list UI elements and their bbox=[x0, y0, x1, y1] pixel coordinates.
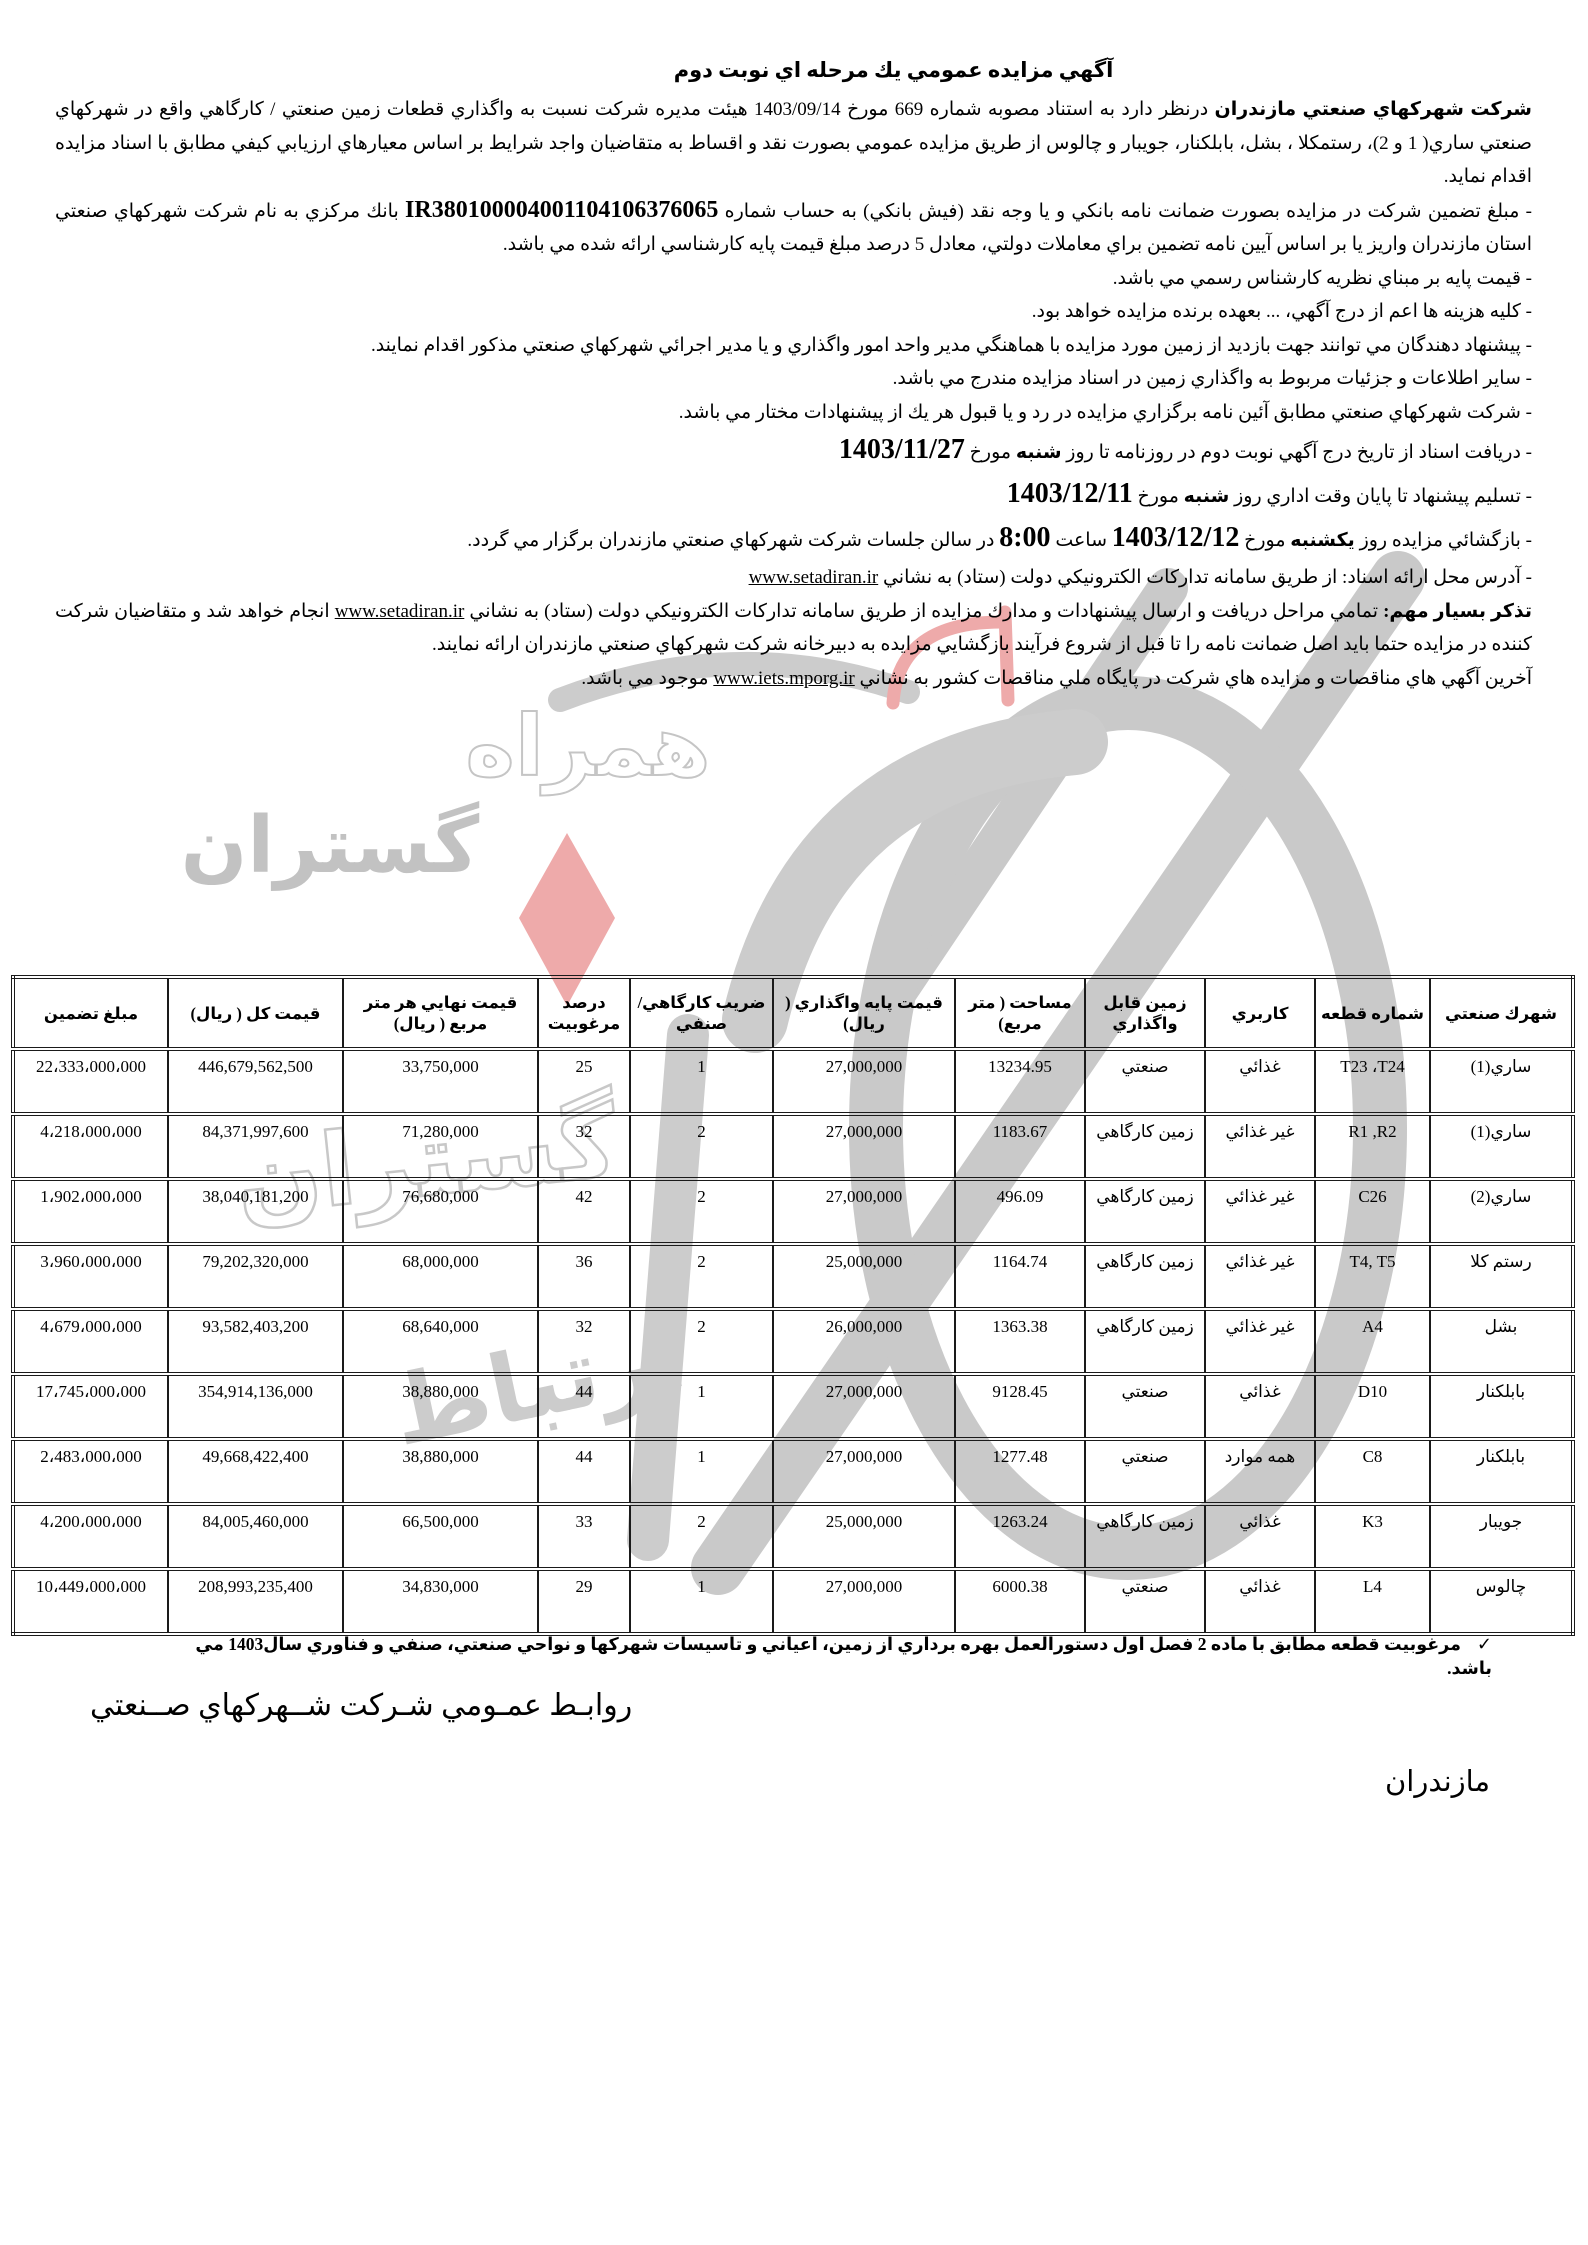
table-cell: 66,500,000 bbox=[343, 1504, 538, 1569]
table-cell: L4 bbox=[1315, 1569, 1430, 1634]
table-cell: صنعتي bbox=[1085, 1569, 1205, 1634]
docs-deadline-day: شنبه bbox=[1016, 442, 1062, 463]
table-cell: 208,993,235,400 bbox=[168, 1569, 343, 1634]
table-cell: 2 bbox=[630, 1114, 773, 1179]
table-header-row: شهرك صنعتيشماره قطعهكاربريزمين قابل واگذ… bbox=[13, 977, 1573, 1049]
column-header: درصد مرغوبيت bbox=[538, 977, 630, 1049]
table-cell: بابلكنار bbox=[1430, 1374, 1573, 1439]
signature-region: مازندران bbox=[1385, 1764, 1490, 1799]
column-header: شهرك صنعتي bbox=[1430, 977, 1573, 1049]
table-cell: 27,000,000 bbox=[773, 1114, 955, 1179]
table-cell: 38,880,000 bbox=[343, 1439, 538, 1504]
bullet-other-info: - ساير اطلاعات و جزئيات مربوط به واگذاري… bbox=[55, 362, 1532, 396]
bullet-site-visit: - پيشنهاد دهندگان مي توانند جهت بازديد ا… bbox=[55, 329, 1532, 363]
table-cell: D10 bbox=[1315, 1374, 1430, 1439]
table-cell: غذائي bbox=[1205, 1504, 1315, 1569]
table-cell: 2 bbox=[630, 1309, 773, 1374]
table-cell: 1 bbox=[630, 1439, 773, 1504]
table-cell: C8 bbox=[1315, 1439, 1430, 1504]
table-cell: 44 bbox=[538, 1439, 630, 1504]
bullet-costs: - كليه هزينه ها اعم از درج آگهي، ... بعه… bbox=[55, 295, 1532, 329]
table-cell: 33,750,000 bbox=[343, 1049, 538, 1114]
table-cell: همه موارد bbox=[1205, 1439, 1315, 1504]
table-cell: چالوس bbox=[1430, 1569, 1573, 1634]
watermark-word-gostaran: گستران bbox=[181, 801, 480, 891]
table-cell: 6000.38 bbox=[955, 1569, 1085, 1634]
table-cell: زمين كارگاهي bbox=[1085, 1504, 1205, 1569]
table-cell: غير غذائي bbox=[1205, 1244, 1315, 1309]
company-name: شركت شهركهاي صنعتي مازندران bbox=[1208, 99, 1532, 120]
table-cell: 33 bbox=[538, 1504, 630, 1569]
auction-notice-page: { "page": { "title": "آگهي مزايده عمومي … bbox=[0, 0, 1588, 2245]
table-cell: غير غذائي bbox=[1205, 1309, 1315, 1374]
column-header: كاربري bbox=[1205, 977, 1315, 1049]
table-cell: 79,202,320,000 bbox=[168, 1244, 343, 1309]
table-cell: رستم كلا bbox=[1430, 1244, 1573, 1309]
page-title: آگهي مزايده عمومي يك مرحله اي نوبت دوم bbox=[55, 58, 1532, 83]
table-cell: 1 bbox=[630, 1569, 773, 1634]
table-cell: R1 ,R2 bbox=[1315, 1114, 1430, 1179]
table-cell: 2 bbox=[630, 1179, 773, 1244]
table-cell: 25 bbox=[538, 1049, 630, 1114]
table-cell: C26 bbox=[1315, 1179, 1430, 1244]
submit-deadline-date: 1403/12/11 bbox=[1007, 478, 1133, 509]
table-cell: 25,000,000 bbox=[773, 1244, 955, 1309]
table-cell: 1،902،000،000 bbox=[13, 1179, 168, 1244]
table-cell: ساري(1) bbox=[1430, 1114, 1573, 1179]
bullet-submit: - تسليم پيشنهاد تا پايان وقت اداري روز ش… bbox=[55, 473, 1532, 517]
table-cell: 68,000,000 bbox=[343, 1244, 538, 1309]
table-cell: 27,000,000 bbox=[773, 1049, 955, 1114]
table-row: بشلA4غير غذائيزمين كارگاهي1363.3826,000,… bbox=[13, 1309, 1573, 1374]
table-cell: 26,000,000 bbox=[773, 1309, 955, 1374]
watermark-word-hamrah: همراه bbox=[465, 697, 710, 796]
table-cell: 84,005,460,000 bbox=[168, 1504, 343, 1569]
table-cell: بشل bbox=[1430, 1309, 1573, 1374]
table-cell: 68,640,000 bbox=[343, 1309, 538, 1374]
table-cell: 1363.38 bbox=[955, 1309, 1085, 1374]
table-cell: 76,680,000 bbox=[343, 1179, 538, 1244]
table-cell: 38,880,000 bbox=[343, 1374, 538, 1439]
table-row: بابلكنارD10غذائيصنعتي9128.4527,000,00014… bbox=[13, 1374, 1573, 1439]
column-header: مساحت ( متر مربع) bbox=[955, 977, 1085, 1049]
footnote-text: مرغوبيت قطعه مطابق با ماده 2 فصل اول دست… bbox=[195, 1634, 1492, 1678]
bullet-opening: - بازگشائي مزايده روز يكشنبه مورخ 1403/1… bbox=[55, 517, 1532, 561]
table-cell: 1 bbox=[630, 1374, 773, 1439]
table-cell: K3 bbox=[1315, 1504, 1430, 1569]
table-row: ساري(1)R1 ,R2غير غذائيزمين كارگاهي1183.6… bbox=[13, 1114, 1573, 1179]
column-header: شماره قطعه bbox=[1315, 977, 1430, 1049]
table-cell: 1164.74 bbox=[955, 1244, 1085, 1309]
opening-time: 8:00 bbox=[999, 522, 1050, 553]
bullet-address: - آدرس محل ارائه اسناد: از طريق سامانه ت… bbox=[55, 561, 1532, 595]
table-cell: 1277.48 bbox=[955, 1439, 1085, 1504]
table-cell: 4،200،000،000 bbox=[13, 1504, 168, 1569]
table-cell: 22،333،000،000 bbox=[13, 1049, 168, 1114]
table-cell: زمين كارگاهي bbox=[1085, 1114, 1205, 1179]
table-cell: 4،679،000،000 bbox=[13, 1309, 168, 1374]
bullet-docs-receive: - دريافت اسناد از تاريخ درج آگهي نوبت دو… bbox=[55, 429, 1532, 473]
table-cell: غير غذائي bbox=[1205, 1179, 1315, 1244]
table-cell: 354,914,136,000 bbox=[168, 1374, 343, 1439]
table-row: ساري(1)T23 ،T24غذائيصنعتي13234.9527,000,… bbox=[13, 1049, 1573, 1114]
table-cell: 71,280,000 bbox=[343, 1114, 538, 1179]
table-cell: 2 bbox=[630, 1504, 773, 1569]
table-cell: زمين كارگاهي bbox=[1085, 1309, 1205, 1374]
table-cell: T4, T5 bbox=[1315, 1244, 1430, 1309]
table-cell: غير غذائي bbox=[1205, 1114, 1315, 1179]
table-cell: صنعتي bbox=[1085, 1049, 1205, 1114]
table-cell: 34,830,000 bbox=[343, 1569, 538, 1634]
setadiran-link[interactable]: www.setadiran.ir bbox=[749, 567, 879, 588]
table-cell: جويبار bbox=[1430, 1504, 1573, 1569]
table-cell: 27,000,000 bbox=[773, 1569, 955, 1634]
important-note: تذكر بسيار مهم: تمامي مراحل دريافت و ارس… bbox=[55, 595, 1532, 662]
table-cell: غذائي bbox=[1205, 1569, 1315, 1634]
auction-table: شهرك صنعتيشماره قطعهكاربريزمين قابل واگذ… bbox=[11, 975, 1575, 1636]
footnote: ✓مرغوبيت قطعه مطابق با ماده 2 فصل اول دس… bbox=[160, 1632, 1492, 1680]
iban-number: IR380100004001104106376065 bbox=[405, 197, 718, 223]
column-header: قيمت كل ( ريال) bbox=[168, 977, 343, 1049]
table-cell: 17،745،000،000 bbox=[13, 1374, 168, 1439]
table-cell: غذائي bbox=[1205, 1374, 1315, 1439]
table-cell: 496.09 bbox=[955, 1179, 1085, 1244]
table-cell: 38,040,181,200 bbox=[168, 1179, 343, 1244]
table-cell: A4 bbox=[1315, 1309, 1430, 1374]
table-cell: غذائي bbox=[1205, 1049, 1315, 1114]
opening-day: يكشنبه bbox=[1290, 530, 1355, 551]
auction-table-wrap: شهرك صنعتيشماره قطعهكاربريزمين قابل واگذ… bbox=[13, 975, 1575, 1636]
intro-paragraph: شركت شهركهاي صنعتي مازندران درنظر دارد ب… bbox=[55, 93, 1532, 194]
bullet-guarantee: - مبلغ تضمين شركت در مزايده بصورت ضمانت … bbox=[55, 194, 1532, 262]
column-header: مبلغ تضمين bbox=[13, 977, 168, 1049]
table-cell: 27,000,000 bbox=[773, 1439, 955, 1504]
table-row: چالوسL4غذائيصنعتي6000.3827,000,00012934,… bbox=[13, 1569, 1573, 1634]
check-icon: ✓ bbox=[1477, 1632, 1492, 1656]
table-cell: صنعتي bbox=[1085, 1439, 1205, 1504]
table-row: رستم كلاT4, T5غير غذائيزمين كارگاهي1164.… bbox=[13, 1244, 1573, 1309]
table-cell: 32 bbox=[538, 1309, 630, 1374]
table-cell: 1263.24 bbox=[955, 1504, 1085, 1569]
table-cell: 1183.67 bbox=[955, 1114, 1085, 1179]
table-row: ساري(2)C26غير غذائيزمين كارگاهي496.0927,… bbox=[13, 1179, 1573, 1244]
table-cell: 13234.95 bbox=[955, 1049, 1085, 1114]
bullet-iets: آخرين آگهي هاي مناقصات و مزايده هاي شركت… bbox=[55, 662, 1532, 696]
table-cell: 84,371,997,600 bbox=[168, 1114, 343, 1179]
table-cell: 27,000,000 bbox=[773, 1374, 955, 1439]
table-cell: 2،483،000،000 bbox=[13, 1439, 168, 1504]
table-cell: صنعتي bbox=[1085, 1374, 1205, 1439]
table-cell: ساري(1) bbox=[1430, 1049, 1573, 1114]
table-cell: 27,000,000 bbox=[773, 1179, 955, 1244]
docs-deadline-date: 1403/11/27 bbox=[839, 434, 965, 465]
notice-body: آگهي مزايده عمومي يك مرحله اي نوبت دوم ش… bbox=[55, 58, 1532, 695]
bullet-base-price: - قيمت پايه بر مبناي نظريه كارشناس رسمي … bbox=[55, 262, 1532, 296]
table-cell: 10،449،000،000 bbox=[13, 1569, 168, 1634]
table-cell: 4،218،000،000 bbox=[13, 1114, 168, 1179]
table-cell: 1 bbox=[630, 1049, 773, 1114]
table-cell: زمين كارگاهي bbox=[1085, 1244, 1205, 1309]
table-cell: بابلكنار bbox=[1430, 1439, 1573, 1504]
iets-link[interactable]: www.iets.mporg.ir bbox=[713, 668, 854, 689]
table-cell: 29 bbox=[538, 1569, 630, 1634]
table-cell: 9128.45 bbox=[955, 1374, 1085, 1439]
table-cell: 25,000,000 bbox=[773, 1504, 955, 1569]
important-note-label: تذكر بسيار مهم: bbox=[1383, 601, 1532, 622]
table-cell: 49,668,422,400 bbox=[168, 1439, 343, 1504]
setadiran-link-2[interactable]: www.setadiran.ir bbox=[335, 601, 465, 622]
table-row: جويبارK3غذائيزمين كارگاهي1263.2425,000,0… bbox=[13, 1504, 1573, 1569]
bullet-reject-accept: - شركت شهركهاي صنعتي مطابق آئين نامه برگ… bbox=[55, 396, 1532, 430]
signature-public-relations: روابـط عمـومي شـركت شــهركهاي صــنعتي bbox=[90, 1688, 632, 1723]
table-row: بابلكنارC8همه مواردصنعتي1277.4827,000,00… bbox=[13, 1439, 1573, 1504]
table-cell: 3،960،000،000 bbox=[13, 1244, 168, 1309]
table-cell: T23 ،T24 bbox=[1315, 1049, 1430, 1114]
table-cell: 446,679,562,500 bbox=[168, 1049, 343, 1114]
opening-date: 1403/12/12 bbox=[1112, 522, 1240, 553]
table-cell: 32 bbox=[538, 1114, 630, 1179]
table-cell: 36 bbox=[538, 1244, 630, 1309]
table-cell: 93,582,403,200 bbox=[168, 1309, 343, 1374]
column-header: قيمت پايه واگذاري ( ريال) bbox=[773, 977, 955, 1049]
submit-deadline-day: شنبه bbox=[1184, 486, 1230, 507]
table-cell: زمين كارگاهي bbox=[1085, 1179, 1205, 1244]
table-cell: 2 bbox=[630, 1244, 773, 1309]
table-cell: 42 bbox=[538, 1179, 630, 1244]
column-header: قيمت نهايي هر متر مربع ( ريال) bbox=[343, 977, 538, 1049]
table-cell: ساري(2) bbox=[1430, 1179, 1573, 1244]
column-header: ضريب كارگاهي/ صنفي bbox=[630, 977, 773, 1049]
table-cell: 44 bbox=[538, 1374, 630, 1439]
column-header: زمين قابل واگذاري bbox=[1085, 977, 1205, 1049]
